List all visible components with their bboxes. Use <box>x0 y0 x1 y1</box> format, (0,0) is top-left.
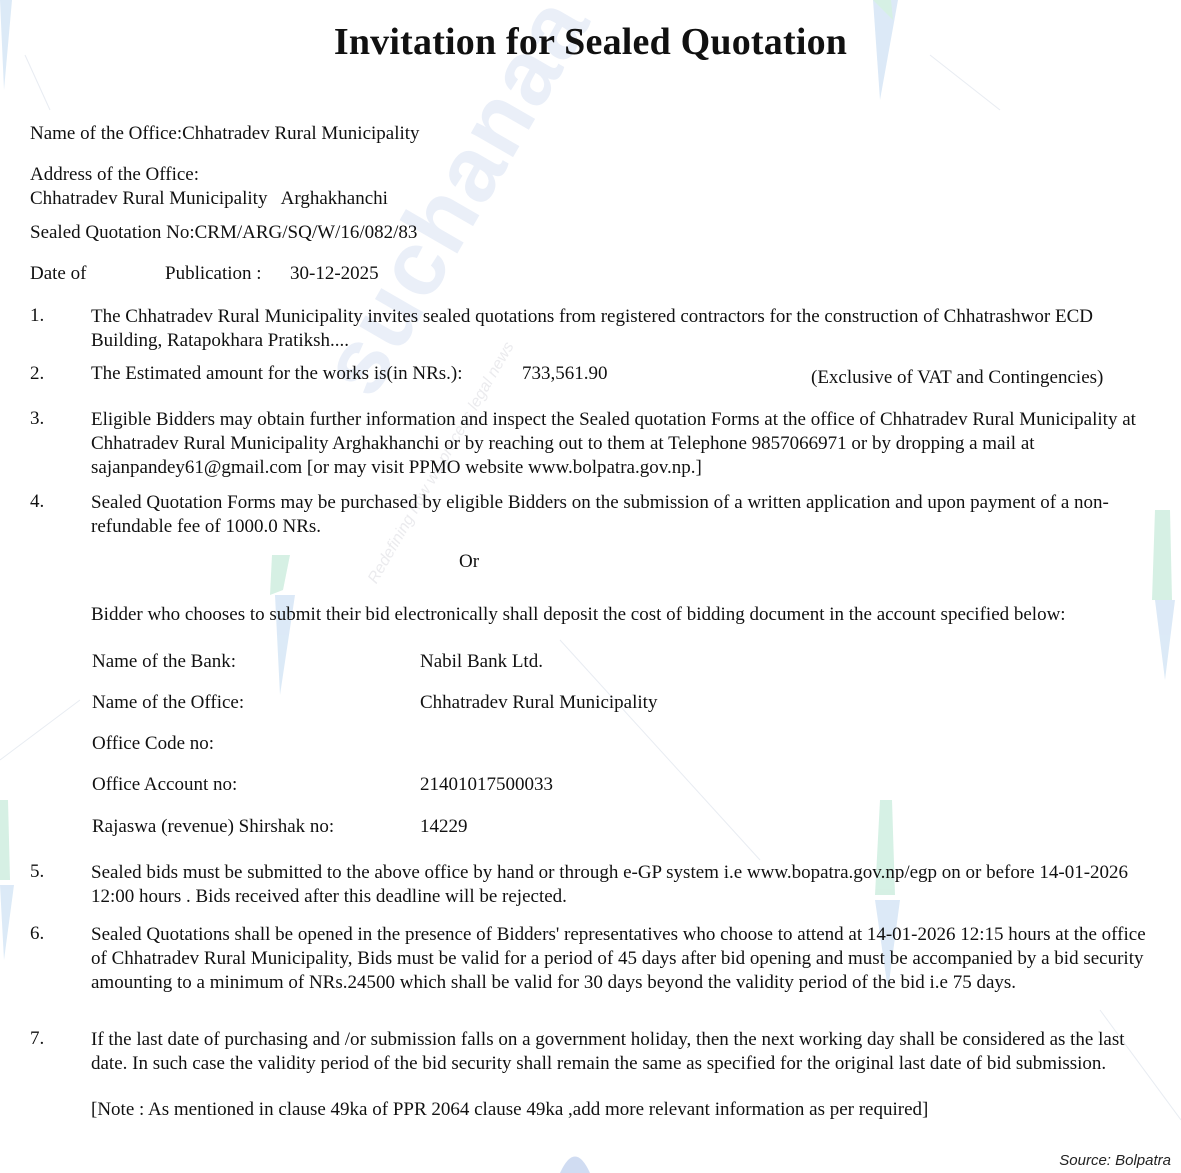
item-number: 6. <box>30 923 44 945</box>
item-number: 4. <box>30 491 44 513</box>
bank-value: 14229 <box>420 816 468 838</box>
item-text: Sealed Quotations shall be opened in the… <box>91 923 1156 995</box>
item-number: 7. <box>30 1028 44 1050</box>
item-note: [Note : As mentioned in clause 49ka of P… <box>91 1098 1156 1122</box>
item-number: 2. <box>30 363 44 385</box>
bank-value: 21401017500033 <box>420 774 553 796</box>
publication-label-b: Publication : <box>165 263 262 285</box>
estimated-amount-value: 733,561.90 <box>522 363 608 385</box>
estimated-amount-label: The Estimated amount for the works is(in… <box>91 363 463 385</box>
or-separator: Or <box>459 551 479 573</box>
publication-label-a: Date of <box>30 263 86 285</box>
bank-label: Office Code no: <box>92 733 214 755</box>
bank-label: Name of the Office: <box>92 692 244 714</box>
office-name: Name of the Office:Chhatradev Rural Muni… <box>30 123 420 145</box>
item-text: Sealed Quotation Forms may be purchased … <box>91 491 1156 539</box>
item-number: 5. <box>30 861 44 883</box>
amount-note: (Exclusive of VAT and Contingencies) <box>811 367 1103 389</box>
quotation-number: Sealed Quotation No:CRM/ARG/SQ/W/16/082/… <box>30 222 417 244</box>
item-number: 1. <box>30 305 44 327</box>
electronic-intro: Bidder who chooses to submit their bid e… <box>91 603 1156 627</box>
publication-date: 30-12-2025 <box>290 263 379 285</box>
bank-value: Chhatradev Rural Municipality <box>420 692 657 714</box>
item-text: The Chhatradev Rural Municipality invite… <box>91 305 1156 353</box>
bank-label: Rajaswa (revenue) Shirshak no: <box>92 816 334 838</box>
item-number: 3. <box>30 408 44 430</box>
source-credit: Source: Bolpatra <box>1059 1152 1171 1169</box>
address-label: Address of the Office: <box>30 164 199 186</box>
document-title: Invitation for Sealed Quotation <box>0 20 1181 64</box>
item-text: Sealed bids must be submitted to the abo… <box>91 861 1156 909</box>
bank-label: Office Account no: <box>92 774 237 796</box>
bank-value: Nabil Bank Ltd. <box>420 651 543 673</box>
document-page: Invitation for Sealed Quotation Name of … <box>0 0 1181 1173</box>
item-text: Eligible Bidders may obtain further info… <box>91 408 1156 480</box>
bank-label: Name of the Bank: <box>92 651 236 673</box>
address-value: Chhatradev Rural Municipality Arghakhanc… <box>30 188 388 210</box>
item-text: If the last date of purchasing and /or s… <box>91 1028 1156 1076</box>
